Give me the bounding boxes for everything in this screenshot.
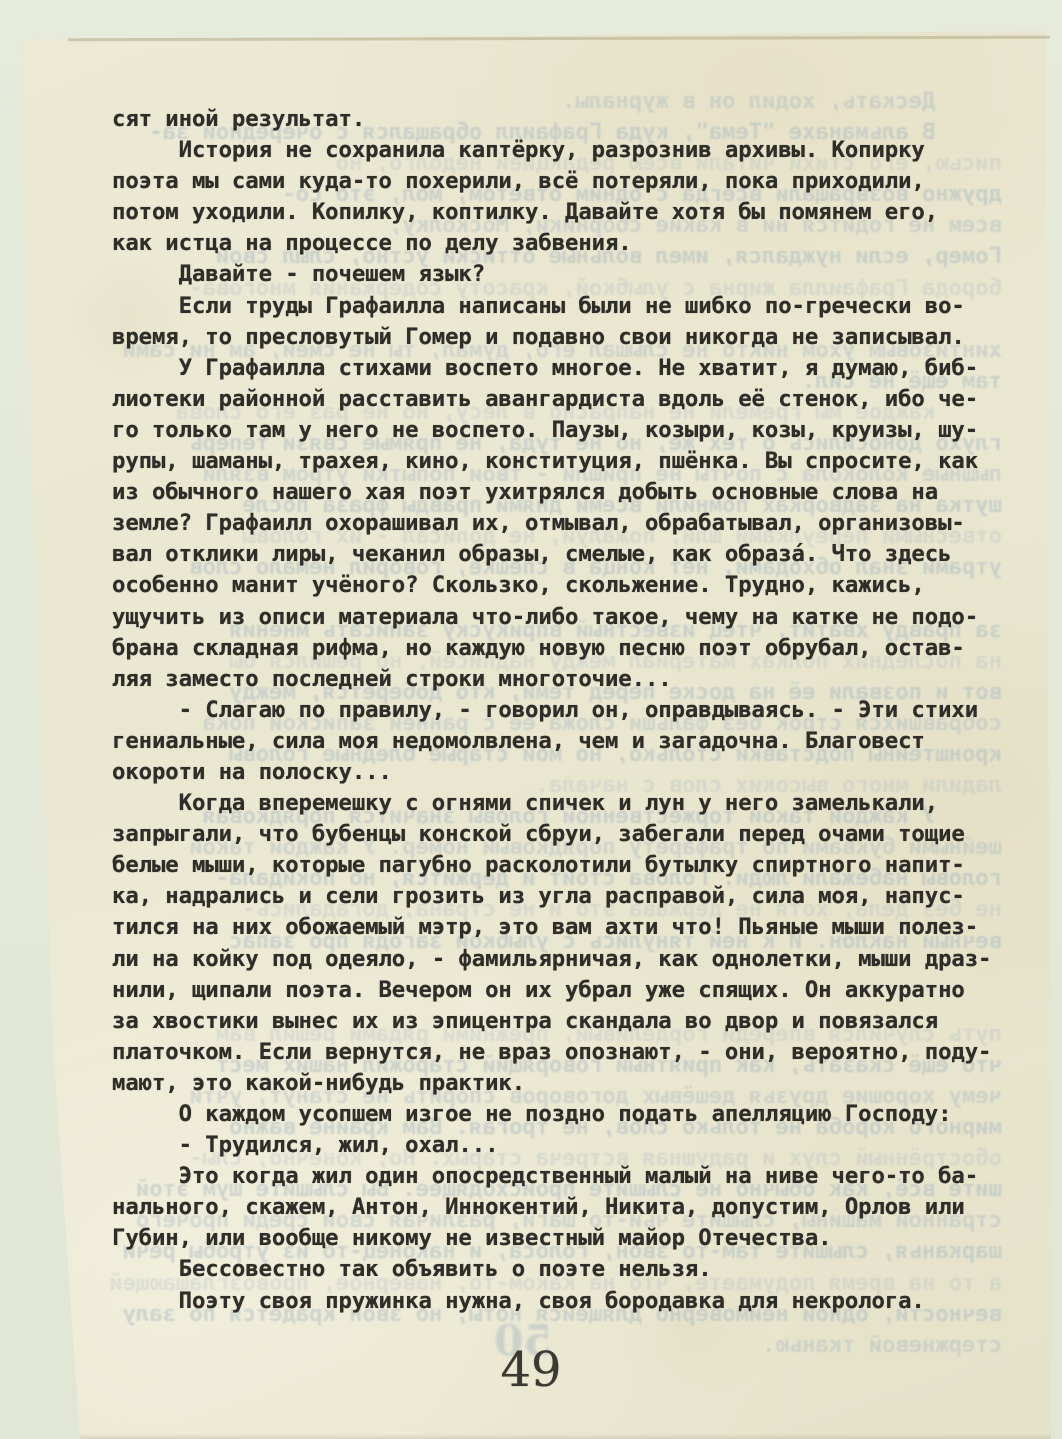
text-line: поэта мы сами куда-то похерили, всё поте… [112, 166, 1012, 197]
text-line: Бессовестно так объявить о поэте нельзя. [112, 1254, 1012, 1285]
text-line: тился на них обожаемый мэтр, это вам ахт… [112, 912, 1012, 943]
text-line: как истца на процессе по делу забвения. [112, 228, 1012, 259]
text-line: Поэту своя пружинка нужна, своя бородавк… [112, 1286, 1012, 1317]
text-line: Давайте - почешем язык? [112, 259, 1012, 290]
text-line: потом уходили. Копилку, коптилку. Давайт… [112, 197, 1012, 228]
text-line: сят иной результат. [112, 104, 1012, 135]
page: Дескать, ходил он в журналы. В альманахе… [0, 0, 1062, 1439]
text-line: из обычного нашего хая поэт ухитрялся до… [112, 477, 1012, 508]
text-line: мают, это какой-нибудь практик. [112, 1068, 1012, 1099]
text-line: - Слагаю по правилу, - говорил он, оправ… [112, 695, 1012, 726]
text-line: нального, скажем, Антон, Иннокентий, Ник… [112, 1192, 1012, 1223]
text-line: лиотеки районной расставить авангардиста… [112, 384, 1012, 415]
text-line: нили, щипали поэта. Вечером он их убрал … [112, 975, 1012, 1006]
text-line: время, то пресловутый Гомер и подавно св… [112, 322, 1012, 353]
text-line: брана складная рифма, но каждую новую пе… [112, 633, 1012, 664]
text-line: за хвостики вынес их из эпицентра сканда… [112, 1006, 1012, 1037]
scan-background: Дескать, ходил он в журналы. В альманахе… [0, 0, 1062, 1439]
text-line: О каждом усопшем изгое не поздно подать … [112, 1099, 1012, 1130]
text-line: ляя заместо последней строки многоточие.… [112, 664, 1012, 695]
text-line: земле? Графаилл охорашивал их, отмывал, … [112, 508, 1012, 539]
text-line: ущучить из описи материала что-либо тако… [112, 602, 1012, 633]
text-line: вал отклики лиры, чеканил образы, смелые… [112, 539, 1012, 570]
typewritten-text: сят иной результат. История не сохранила… [112, 104, 1012, 1317]
text-line: Это когда жил один опосредственный малый… [112, 1161, 1012, 1192]
text-line: Губин, или вообще никому не известный ма… [112, 1223, 1012, 1254]
text-line: Когда вперемешку с огнями спичек и лун у… [112, 788, 1012, 819]
text-line: окороти на полоску... [112, 757, 1012, 788]
text-line: ка, надрались и сели грозить из угла рас… [112, 881, 1012, 912]
text-line: - Трудился, жил, охал... [112, 1130, 1012, 1161]
text-line: Если труды Графаилла написаны были не ши… [112, 291, 1012, 322]
page-number: 49 [0, 1342, 1062, 1398]
text-line: рупы, шаманы, трахея, кино, конституция,… [112, 446, 1012, 477]
text-line: История не сохранила каптёрку, разрознив… [112, 135, 1012, 166]
text-line: запрыгали, что бубенцы конской сбруи, за… [112, 819, 1012, 850]
text-line: платочком. Если вернутся, не враз опозна… [112, 1037, 1012, 1068]
text-line: гениальные, сила моя недомолвлена, чем и… [112, 726, 1012, 757]
text-line: ли на койку под одеяло, - фамильярничая,… [112, 944, 1012, 975]
text-line: го только там у него не воспето. Паузы, … [112, 415, 1012, 446]
text-line: У Графаилла стихами воспето многое. Не х… [112, 353, 1012, 384]
text-line: особенно манит учёного? Скользко, скольж… [112, 570, 1012, 601]
text-line: белые мыши, которые пагубно расколотили … [112, 850, 1012, 881]
